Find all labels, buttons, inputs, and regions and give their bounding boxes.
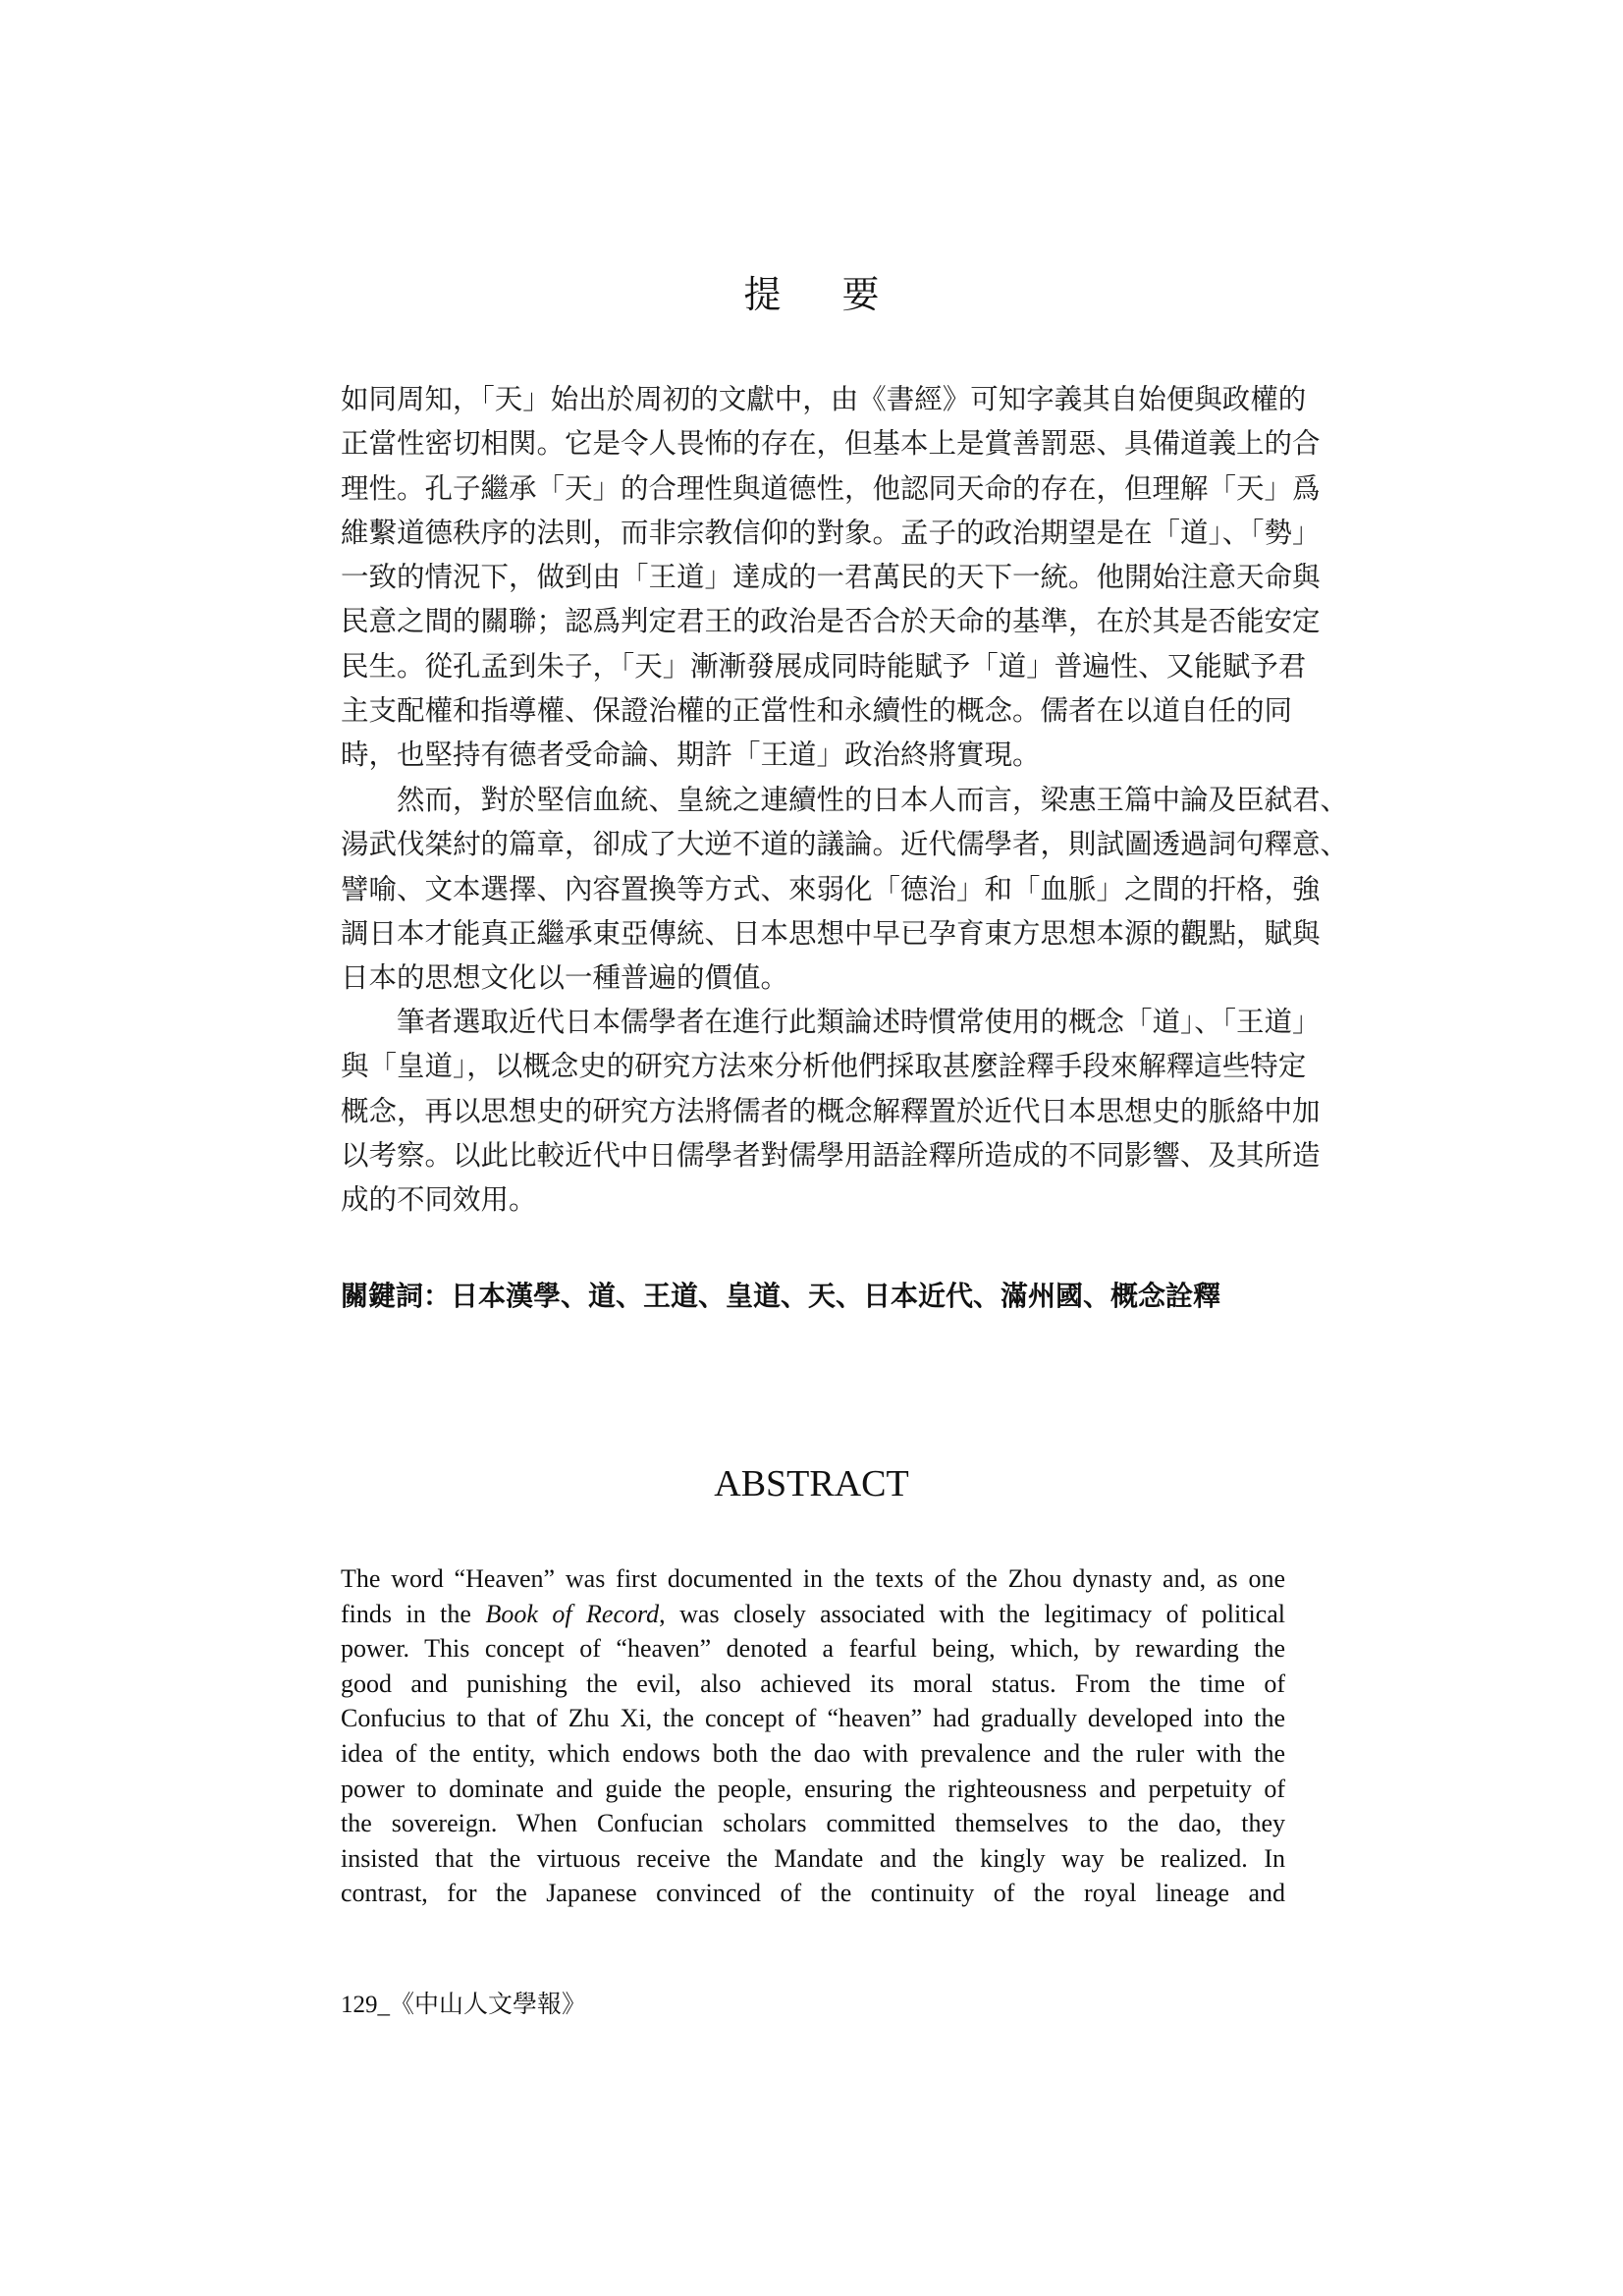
- text-line: 一致的情況下，做到由「王道」達成的一君萬民的天下一統。他開始注意天命與: [341, 555, 1285, 599]
- text-line: 筆者選取近代日本儒學者在進行此類論述時慣常使用的概念「道」、「王道」: [341, 1000, 1285, 1044]
- text-line: good and punishing the evil, also achiev…: [341, 1667, 1285, 1702]
- text-line: The word “Heaven” was first documented i…: [341, 1561, 1285, 1597]
- footer-separator: _: [378, 1992, 391, 2018]
- journal-name: 《中山人文學報》: [390, 1992, 586, 2018]
- chinese-abstract-paragraph-1: 如同周知，「天」始出於周初的文獻中，由《書經》可知字義其自始便與政權的 正當性密…: [341, 377, 1285, 778]
- chinese-abstract-paragraph-3: 筆者選取近代日本儒學者在進行此類論述時慣常使用的概念「道」、「王道」 與「皇道」…: [341, 1000, 1285, 1222]
- text-line: Confucius to that of Zhu Xi, the concept…: [341, 1701, 1285, 1736]
- text-line: 湯武伐桀紂的篇章，卻成了大逆不道的議論。近代儒學者，則試圖透過詞句釋意、: [341, 822, 1285, 866]
- text-line: finds in the Book of Record, was closely…: [341, 1597, 1285, 1632]
- text-line: 理性。孔子繼承「天」的合理性與道德性，他認同天命的存在，但理解「天」爲: [341, 466, 1285, 511]
- text-line: 維繫道德秩序的法則，而非宗教信仰的對象。孟子的政治期望是在「道」、「勢」: [341, 511, 1285, 555]
- text-line: 如同周知，「天」始出於周初的文獻中，由《書經》可知字義其自始便與政權的: [341, 377, 1285, 421]
- page-footer: 129_《中山人文學報》: [341, 1990, 586, 2021]
- text-line: insisted that the virtuous receive the M…: [341, 1841, 1285, 1877]
- keywords: 關鍵詞：日本漢學、道、王道、皇道、天、日本近代、滿州國、概念詮釋: [341, 1275, 1220, 1318]
- text-line: 與「皇道」，以概念史的研究方法來分析他們採取甚麼詮釋手段來解釋這些特定: [341, 1044, 1285, 1088]
- keywords-label: 關鍵詞：: [341, 1280, 451, 1312]
- text-line: 時，也堅持有德者受命論、期許「王道」政治終將實現。: [341, 733, 1285, 777]
- text-line: 成的不同效用。: [341, 1177, 1285, 1222]
- chinese-abstract-title: 提要: [0, 271, 1623, 318]
- text-line: 然而，對於堅信血統、皇統之連續性的日本人而言，梁惠王篇中論及臣弑君、: [341, 778, 1285, 822]
- text-line: 主支配權和指導權、保證治權的正當性和永續性的概念。儒者在以道自任的同: [341, 688, 1285, 733]
- text-line: 日本的思想文化以一種普遍的價值。: [341, 956, 1285, 1000]
- text-line: 譬喻、文本選擇、內容置換等方式、來弱化「德治」和「血脈」之間的扞格，強: [341, 867, 1285, 911]
- text-line: power. This concept of “heaven” denoted …: [341, 1631, 1285, 1667]
- page-number: 129: [341, 1992, 378, 2018]
- english-abstract-body: The word “Heaven” was first documented i…: [341, 1561, 1285, 1911]
- book-title-italic: Book of Record: [485, 1600, 659, 1628]
- text-line: power to dominate and guide the people, …: [341, 1772, 1285, 1807]
- text-line: 民意之間的關聯；認爲判定君王的政治是否合於天命的基準，在於其是否能安定: [341, 599, 1285, 643]
- text-line: 正當性密切相関。它是令人畏怖的存在，但基本上是賞善罰惡、具備道義上的合: [341, 421, 1285, 465]
- keywords-list: 日本漢學、道、王道、皇道、天、日本近代、滿州國、概念詮釋: [451, 1280, 1220, 1312]
- chinese-abstract-paragraph-2: 然而，對於堅信血統、皇統之連續性的日本人而言，梁惠王篇中論及臣弑君、 湯武伐桀紂…: [341, 778, 1285, 1000]
- text-line: the sovereign. When Confucian scholars c…: [341, 1806, 1285, 1841]
- text-line: 概念，再以思想史的研究方法將儒者的概念解釋置於近代日本思想史的脈絡中加: [341, 1089, 1285, 1133]
- document-page: 提要 如同周知，「天」始出於周初的文獻中，由《書經》可知字義其自始便與政權的 正…: [0, 0, 1623, 2296]
- text-line: 以考察。以此比較近代中日儒學者對儒學用語詮釋所造成的不同影響、及其所造: [341, 1133, 1285, 1177]
- text-line: contrast, for the Japanese convinced of …: [341, 1876, 1285, 1911]
- text-line: 民生。從孔孟到朱子，「天」漸漸發展成同時能賦予「道」普遍性、又能賦予君: [341, 644, 1285, 688]
- english-abstract-title: ABSTRACT: [0, 1461, 1623, 1506]
- text-line: idea of the entity, which endows both th…: [341, 1736, 1285, 1772]
- text-line: 調日本才能真正繼承東亞傳統、日本思想中早已孕育東方思想本源的觀點，賦與: [341, 911, 1285, 956]
